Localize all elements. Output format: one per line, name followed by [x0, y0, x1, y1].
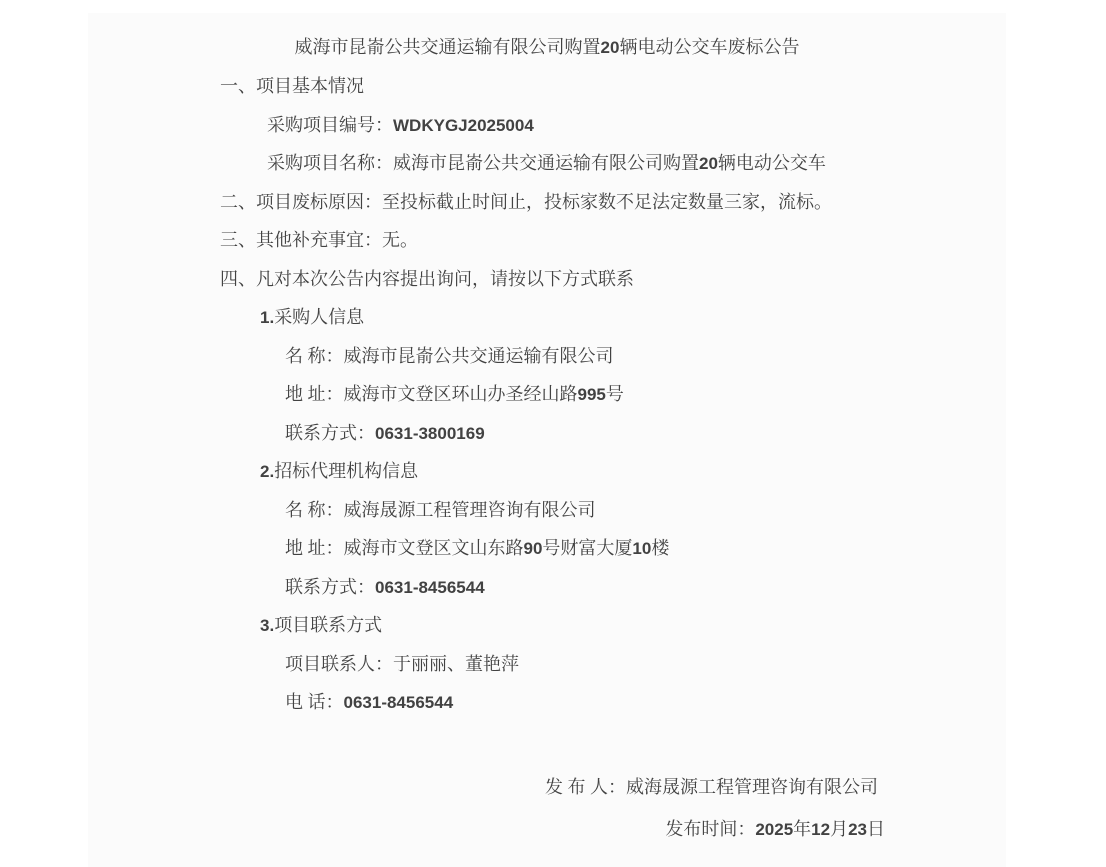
document-line: 三、其他补充事宜：无。 — [88, 221, 1006, 260]
publish-date-line: 发布时间：2025年12月23日 — [88, 808, 1006, 850]
numeric-text: 10 — [632, 539, 651, 558]
cjk-text: 采购人信息 — [274, 307, 364, 327]
document-page: 威海市昆嵛公共交通运输有限公司购置20辆电动公交车废标公告 一、项目基本情况采购… — [88, 13, 1006, 867]
cjk-text: 电 话： — [285, 692, 344, 712]
cjk-text: 名 称：威海市昆嵛公共交通运输有限公司 — [285, 346, 614, 366]
document-line: 采购项目名称：威海市昆嵛公共交通运输有限公司购置20辆电动公交车 — [88, 144, 1006, 183]
document-line: 2.招标代理机构信息 — [88, 452, 1006, 491]
cjk-text: 号财富大厦 — [542, 538, 632, 558]
cjk-text: 四、凡对本次公告内容提出询问，请按以下方式联系 — [220, 269, 634, 289]
numeric-text: 3. — [260, 616, 274, 635]
cjk-text: 地 址：威海市文登区环山办圣经山路 — [285, 384, 578, 404]
numeric-text: WDKYGJ2025004 — [393, 116, 534, 135]
cjk-text: 辆电动公交车 — [718, 153, 826, 173]
cjk-text: 项目联系方式 — [274, 615, 382, 635]
numeric-text: 12 — [811, 820, 830, 839]
numeric-text: 2025 — [755, 820, 793, 839]
document-line: 名 称：威海市昆嵛公共交通运输有限公司 — [88, 337, 1006, 376]
cjk-text: 日 — [867, 819, 885, 839]
cjk-text: 三、其他补充事宜：无。 — [220, 230, 418, 250]
cjk-text: 一、项目基本情况 — [220, 76, 364, 96]
cjk-text: 招标代理机构信息 — [274, 461, 418, 481]
document-line: 一、项目基本情况 — [88, 67, 1006, 106]
cjk-text: 发布时间： — [665, 819, 755, 839]
document-line: 二、项目废标原因：至投标截止时间止，投标家数不足法定数量三家，流标。 — [88, 183, 1006, 222]
cjk-text: 发 布 人：威海晟源工程管理咨询有限公司 — [545, 777, 878, 797]
document-line: 地 址：威海市文登区环山办圣经山路995号 — [88, 375, 1006, 414]
numeric-text: 2. — [260, 462, 274, 481]
numeric-text: 20 — [699, 154, 718, 173]
cjk-text: 采购项目编号： — [267, 115, 393, 135]
cjk-text: 二、项目废标原因：至投标截止时间止，投标家数不足法定数量三家，流标。 — [220, 192, 832, 212]
cjk-text: 联系方式： — [285, 423, 375, 443]
document-line: 名 称：威海晟源工程管理咨询有限公司 — [88, 491, 1006, 530]
cjk-text: 项目联系人：于丽丽、董艳萍 — [285, 654, 519, 674]
numeric-text: 0631-8456544 — [344, 693, 454, 712]
cjk-text: 联系方式： — [285, 577, 375, 597]
document-footer: 发 布 人：威海晟源工程管理咨询有限公司 发布时间：2025年12月23日 — [88, 766, 1006, 850]
numeric-text: 20 — [601, 38, 620, 57]
document-line: 项目联系人：于丽丽、董艳萍 — [88, 645, 1006, 684]
document-line: 地 址：威海市文登区文山东路90号财富大厦10楼 — [88, 529, 1006, 568]
numeric-text: 1. — [260, 308, 274, 327]
document-line: 1.采购人信息 — [88, 298, 1006, 337]
document-line: 采购项目编号：WDKYGJ2025004 — [88, 106, 1006, 145]
cjk-text: 辆电动公交车废标公告 — [619, 37, 799, 57]
numeric-text: 0631-3800169 — [375, 424, 485, 443]
cjk-text: 采购项目名称：威海市昆嵛公共交通运输有限公司购置 — [267, 153, 699, 173]
document-line: 联系方式：0631-8456544 — [88, 568, 1006, 607]
document-line: 四、凡对本次公告内容提出询问，请按以下方式联系 — [88, 260, 1006, 299]
cjk-text: 年 — [793, 819, 811, 839]
cjk-text: 地 址：威海市文登区文山东路 — [285, 538, 524, 558]
cjk-text: 名 称：威海晟源工程管理咨询有限公司 — [285, 500, 596, 520]
publisher-line: 发 布 人：威海晟源工程管理咨询有限公司 — [88, 766, 1006, 808]
document-line: 电 话：0631-8456544 — [88, 683, 1006, 722]
document-line: 联系方式：0631-3800169 — [88, 414, 1006, 453]
cjk-text: 号 — [606, 384, 624, 404]
document-title: 威海市昆嵛公共交通运输有限公司购置20辆电动公交车废标公告 — [88, 13, 1006, 57]
numeric-text: 0631-8456544 — [375, 578, 485, 597]
numeric-text: 23 — [848, 820, 867, 839]
cjk-text: 楼 — [651, 538, 669, 558]
document-line: 3.项目联系方式 — [88, 606, 1006, 645]
document-body: 一、项目基本情况采购项目编号：WDKYGJ2025004采购项目名称：威海市昆嵛… — [88, 67, 1006, 722]
numeric-text: 90 — [524, 539, 543, 558]
cjk-text: 威海市昆嵛公共交通运输有限公司购置 — [295, 37, 601, 57]
cjk-text: 月 — [830, 819, 848, 839]
numeric-text: 995 — [578, 385, 606, 404]
